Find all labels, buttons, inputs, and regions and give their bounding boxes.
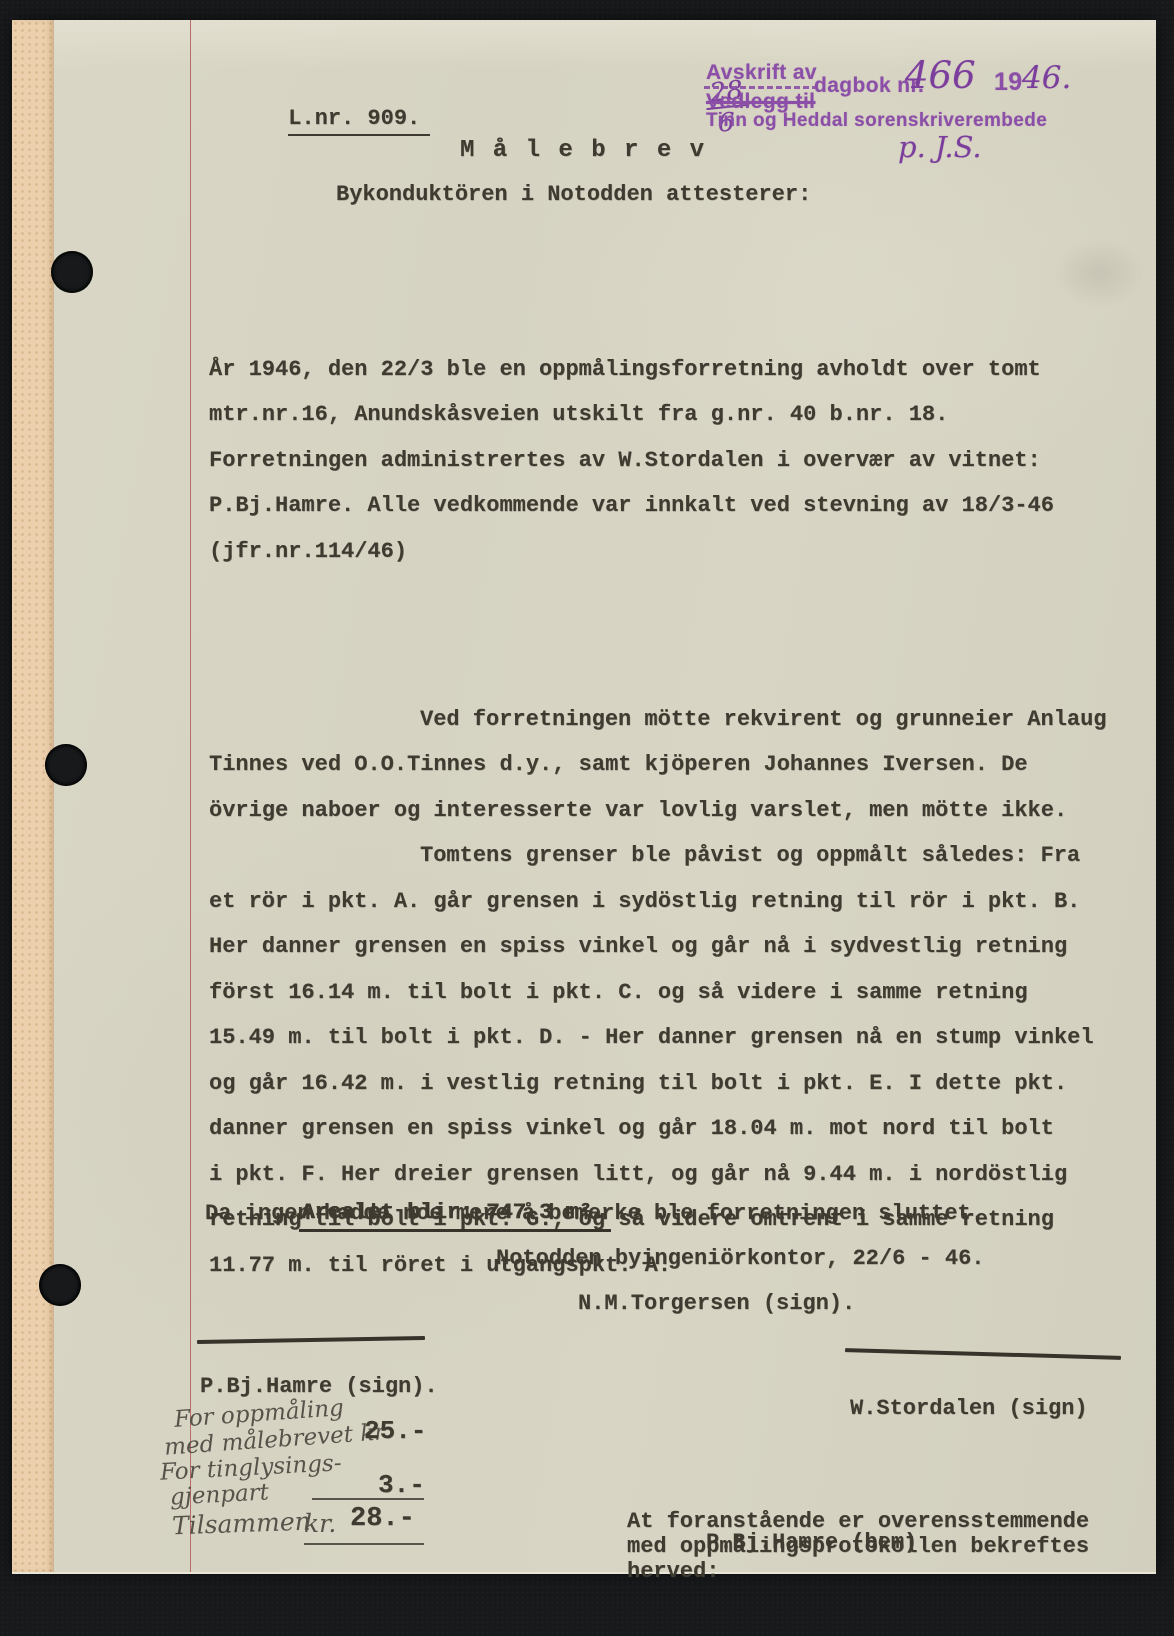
surveyor-signature: N.M.Torgersen (sign). xyxy=(578,1281,855,1327)
stamp-year-handwritten: 46. xyxy=(1022,60,1071,96)
administrator-signature: W.Stordalen (sign) xyxy=(850,1386,1088,1432)
fee-total-label: Tilsammen xyxy=(172,1510,311,1539)
binding-edge-strip xyxy=(12,20,54,1572)
typed-line: Tomtens grenser ble påvist og oppmålt så… xyxy=(209,833,1107,879)
document-page: L.nr. 909. 286 Avskrift av Vedlegg til d… xyxy=(12,20,1156,1572)
typed-line: År 1946, den 22/3 ble en oppmålingsforre… xyxy=(209,347,1054,393)
stamp-office-line: Tinn og Heddal sorenskriverembede xyxy=(706,110,1047,132)
signature-rule-right xyxy=(845,1348,1121,1360)
journal-number: L.nr. 909. xyxy=(209,50,430,187)
document-title: M å l e b r e v xyxy=(460,128,706,174)
fee-total-amount: 28.- xyxy=(350,1506,415,1532)
fee-line4-amount: 3.- xyxy=(378,1472,425,1498)
typed-line: först 16.14 m. til bolt i pkt. C. og så … xyxy=(209,970,1107,1016)
punch-hole xyxy=(39,1264,81,1306)
closing-line: Da ingen hadde noe mere å bemerke ble fo… xyxy=(205,1191,984,1237)
typed-line: et rör i pkt. A. går grensen i sydöstlig… xyxy=(209,879,1107,925)
stamp-clerk-initials: p. J.S. xyxy=(898,130,982,164)
typed-line: Tinnes ved O.O.Tinnes d.y., samt kjöpere… xyxy=(209,742,1107,788)
fee-subtotal-rule xyxy=(312,1498,424,1500)
paragraph-1: År 1946, den 22/3 ble en oppmålingsforre… xyxy=(209,210,1054,574)
punch-hole xyxy=(51,251,93,293)
pencil-smudge xyxy=(1052,238,1147,308)
stamp-dagbok-label: dagbok nr. xyxy=(814,74,924,98)
stamp-vedlegg-label: Vedlegg til xyxy=(706,90,815,114)
fee-total-currency: kr. xyxy=(304,1512,336,1536)
typed-line: Ved forretningen mötte rekvirent og grun… xyxy=(209,697,1107,743)
punch-hole xyxy=(45,744,87,786)
place-date-line: Notodden byingeniörkontor, 22/6 - 46. xyxy=(496,1236,984,1282)
red-margin-line xyxy=(190,20,191,1572)
stamp-dagbok-number: 466 xyxy=(905,54,976,97)
typed-line: övrige naboer og interesserte var lovlig… xyxy=(209,788,1107,834)
certifier-signature: P.Bj.Hamre (bem) xyxy=(706,1520,917,1566)
fee-line4-label: gjenpart xyxy=(169,1480,269,1509)
signature-rule-left xyxy=(197,1336,425,1344)
fee-total-rule xyxy=(304,1543,424,1545)
typed-line: Her danner grensen en spiss vinkel og gå… xyxy=(209,924,1107,970)
document-scan: L.nr. 909. 286 Avskrift av Vedlegg til d… xyxy=(0,0,1174,1636)
stamp-year-printed: 19 xyxy=(994,68,1023,97)
stamp-dashed-line xyxy=(704,86,818,89)
stamp-avskrift-label: Avskrift av xyxy=(706,61,817,85)
typed-line: 15.49 m. til bolt i pkt. D. - Her danner… xyxy=(209,1015,1107,1061)
typed-line: og går 16.42 m. i vestlig retning til bo… xyxy=(209,1061,1107,1107)
typed-line: P.Bj.Hamre. Alle vedkommende var innkalt… xyxy=(209,483,1054,529)
fee-line2-amount: 25.- xyxy=(364,1418,426,1444)
typed-line: mtr.nr.16, Anundskåsveien utskilt fra g.… xyxy=(209,392,1054,438)
typed-line: Forretningen administrertes av W.Stordal… xyxy=(209,438,1054,484)
